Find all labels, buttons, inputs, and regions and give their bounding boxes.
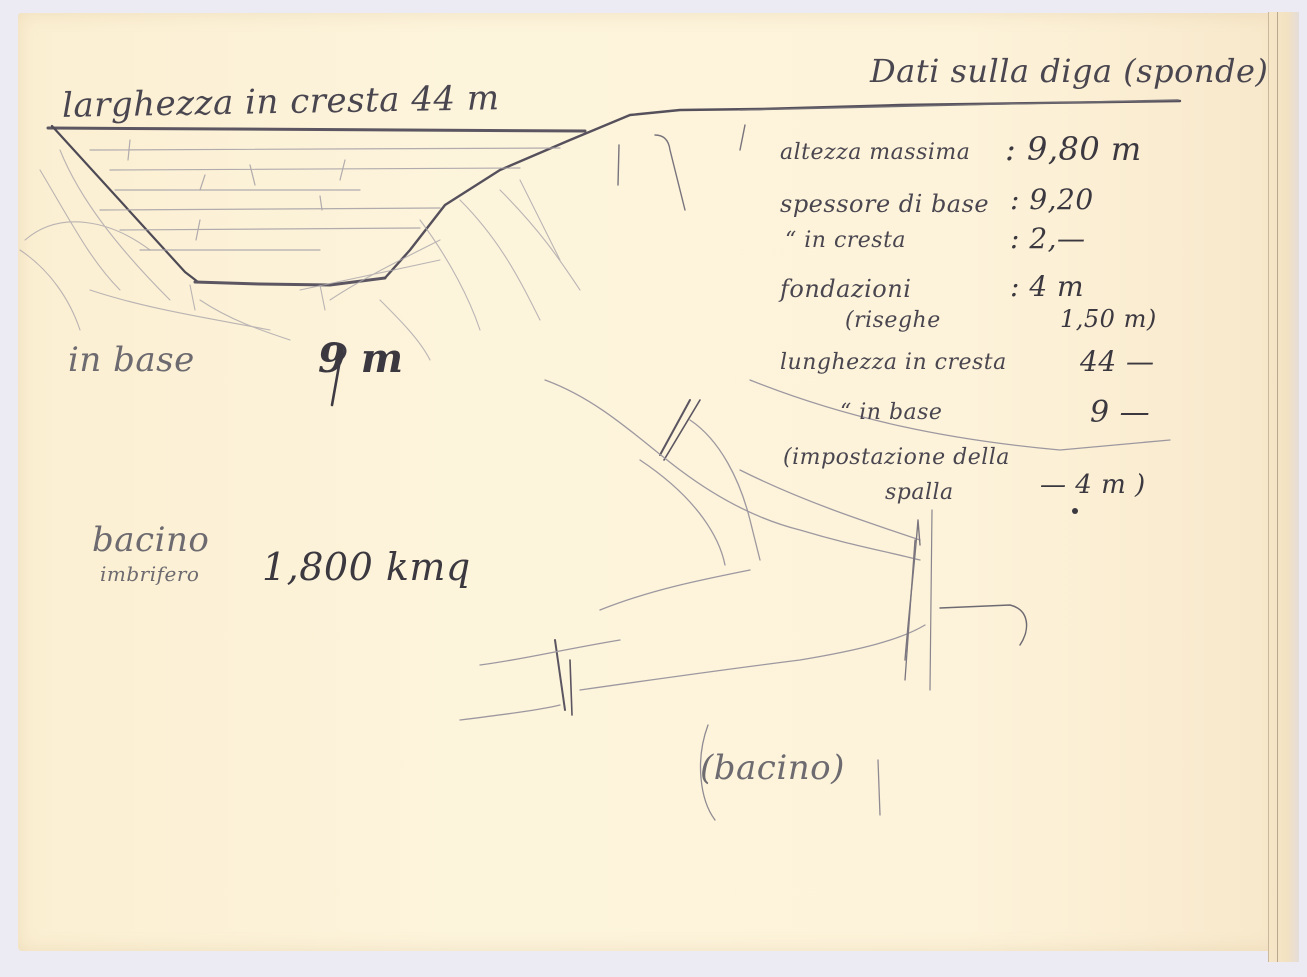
data-row-value: : 2,— bbox=[1010, 222, 1086, 255]
data-row-value: : 9,80 m bbox=[1005, 130, 1142, 168]
scanned-notebook-page: larghezza in cresta 44 m in base 9 m bac… bbox=[0, 0, 1307, 977]
dam-data-title: Dati sulla diga (sponde) bbox=[870, 52, 1268, 90]
data-row-label: “ in base bbox=[840, 400, 942, 425]
data-row-value: 1,50 m) bbox=[1060, 305, 1157, 333]
data-row-value: 44 — bbox=[1080, 345, 1155, 378]
data-row-label: spessore di base bbox=[780, 190, 989, 218]
data-row-value: : 9,20 bbox=[1010, 183, 1094, 216]
data-row-value: : 4 m bbox=[1010, 270, 1084, 303]
page-binding-edge bbox=[1268, 12, 1299, 962]
base-width-label-word: in base bbox=[68, 340, 195, 380]
basin-label-line2: imbrifero bbox=[100, 562, 199, 586]
basin-area-value: 1,800 kmq bbox=[262, 545, 471, 589]
data-row-label: (riseghe bbox=[845, 308, 941, 333]
basin-label-line1: bacino bbox=[92, 520, 209, 560]
data-row-label: “ in cresta bbox=[785, 228, 906, 253]
plan-sketch-caption: (bacino) bbox=[700, 748, 845, 788]
data-row-label: fondazioni bbox=[780, 275, 911, 303]
data-row-value: 9 — bbox=[1090, 395, 1150, 430]
data-row-value: — 4 m ) bbox=[1040, 470, 1146, 500]
data-row-label: (impostazione della bbox=[783, 445, 1010, 470]
data-row-label: lunghezza in cresta bbox=[780, 350, 1007, 375]
crest-width-label: larghezza in cresta 44 m bbox=[62, 78, 500, 126]
base-width-label-value: 9 m bbox=[318, 335, 404, 382]
data-row-label: altezza massima bbox=[780, 140, 970, 165]
data-row-label: spalla bbox=[885, 480, 954, 505]
